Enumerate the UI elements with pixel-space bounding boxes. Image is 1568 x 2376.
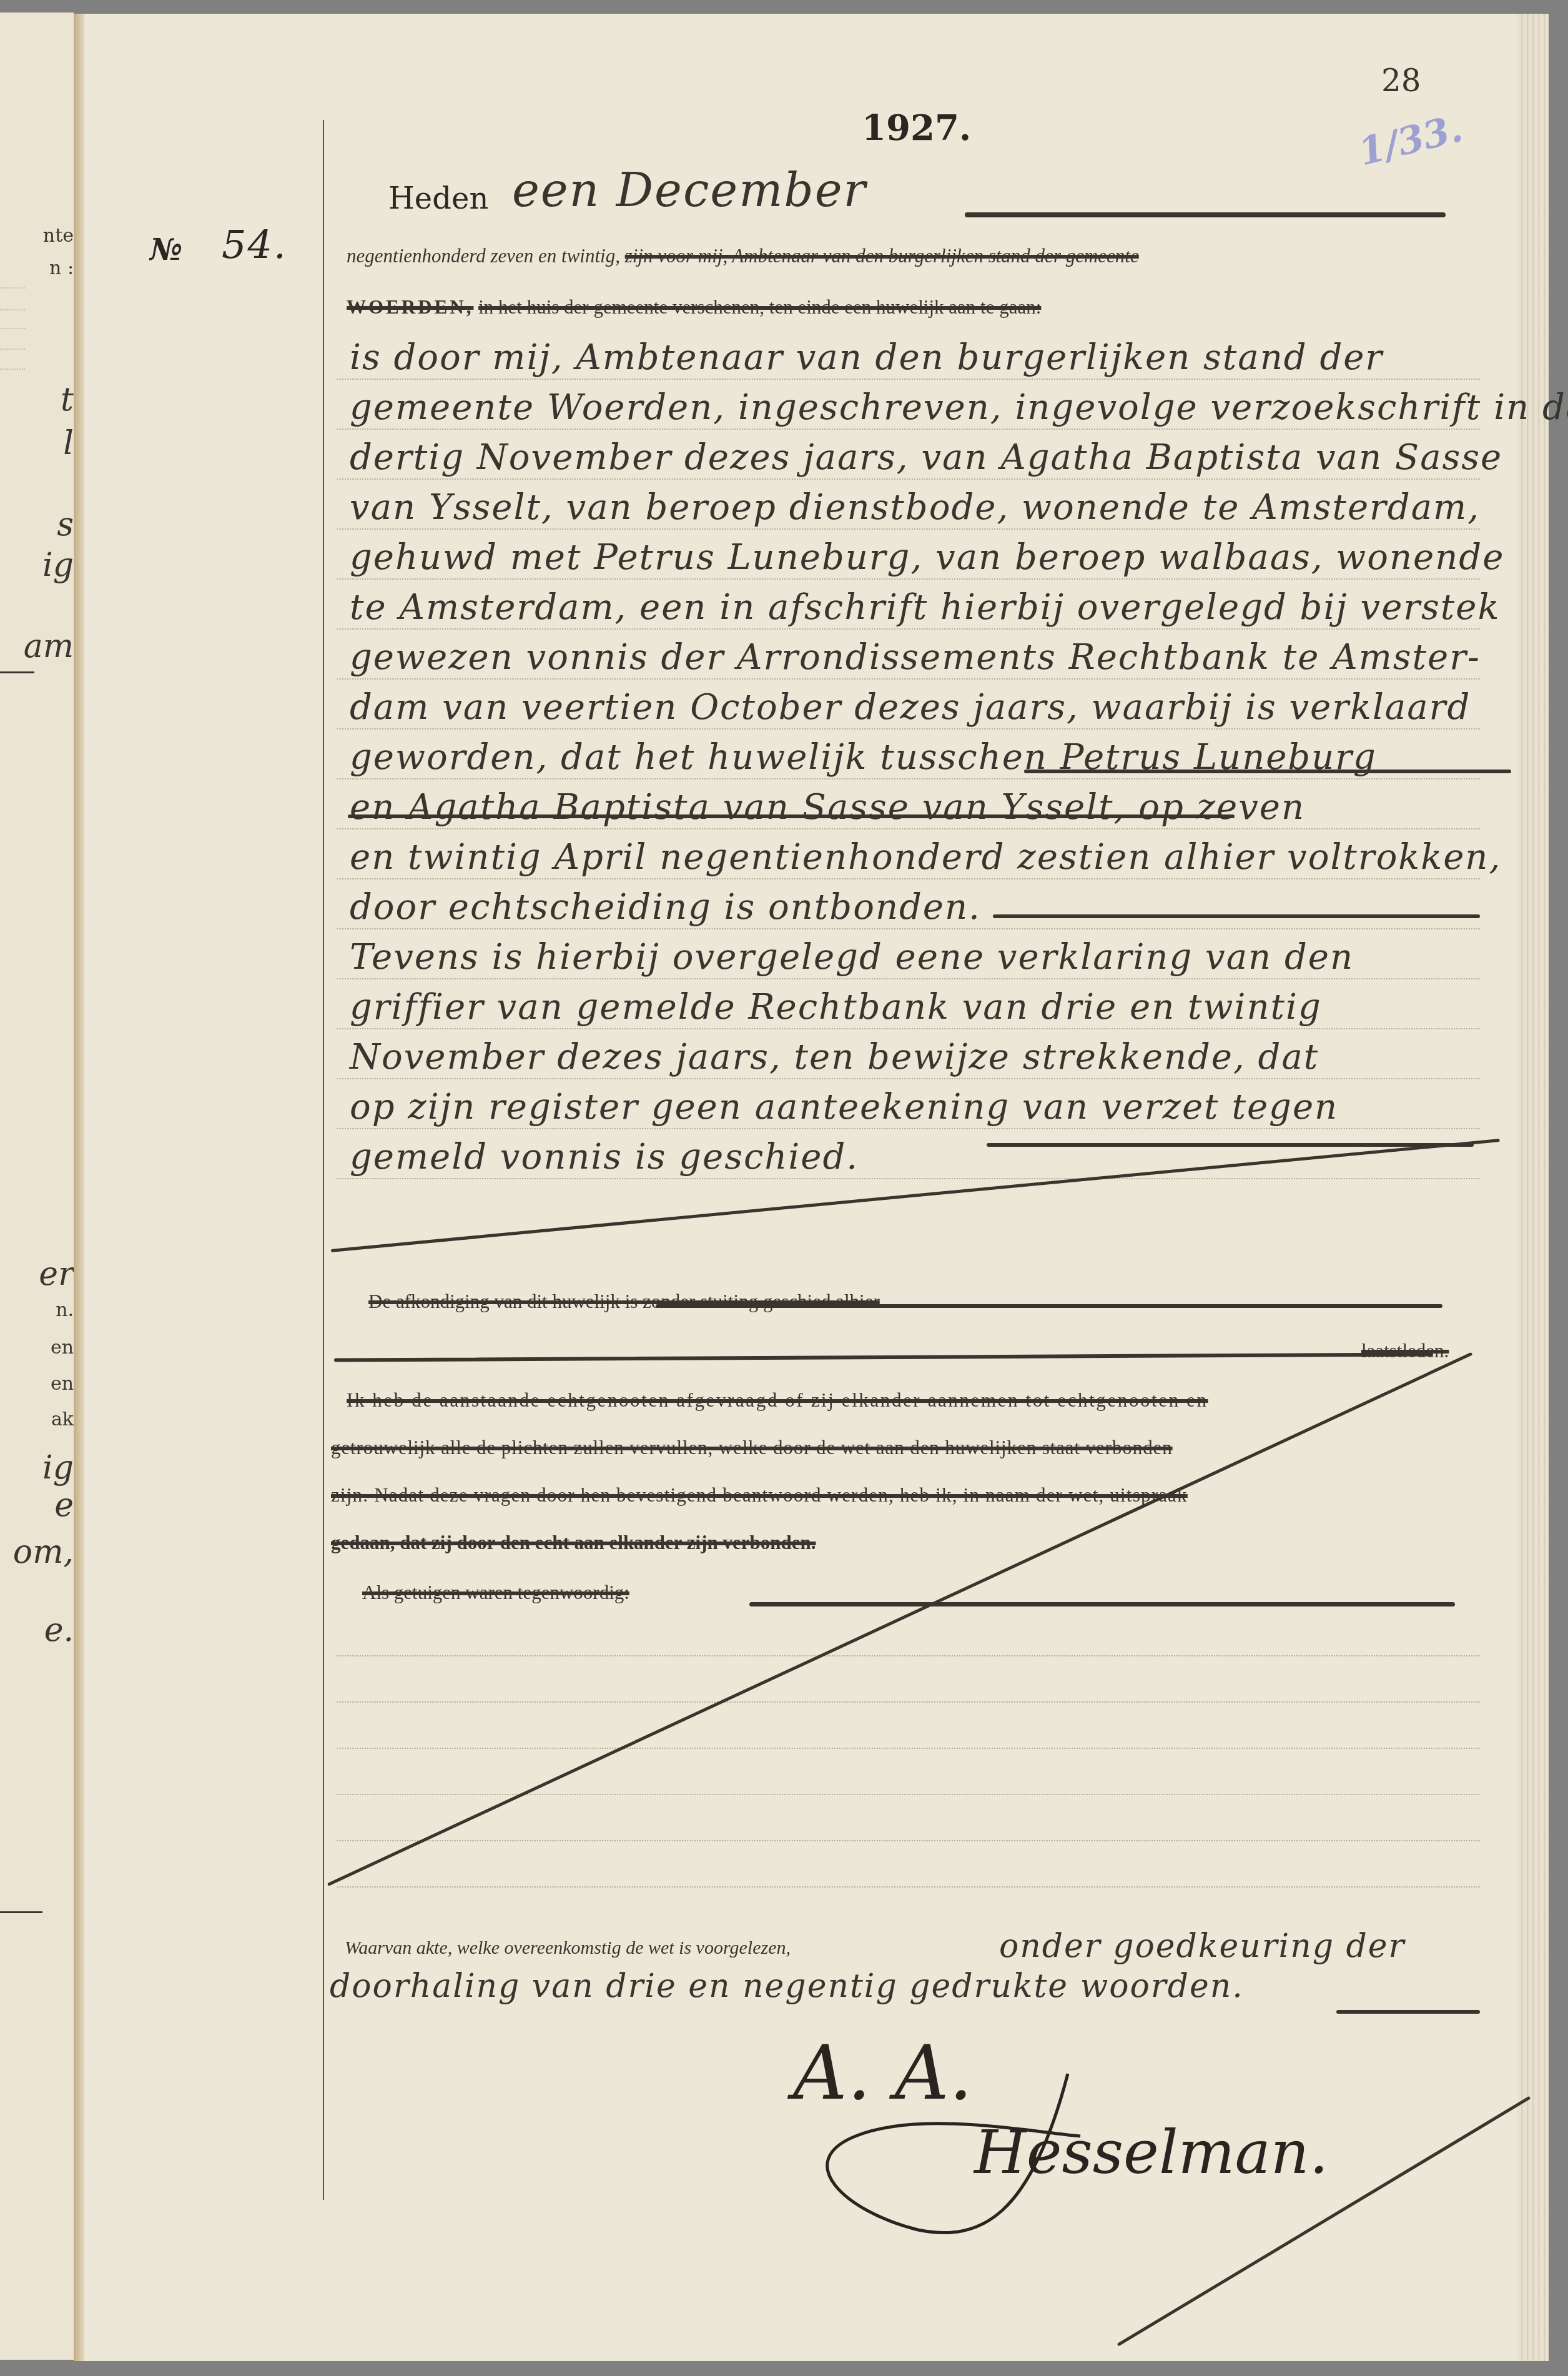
dotted-rule (0, 287, 25, 289)
struck-municipality: WOERDEN, (347, 296, 473, 318)
dotted-rule (337, 1748, 1480, 1749)
left-page-fragment: er (0, 1255, 74, 1293)
underline (0, 1911, 42, 1913)
left-page-fragment: en (0, 1373, 74, 1395)
struck-printed-line: gedaan, dat zij door den echt aan elkand… (331, 1532, 816, 1554)
closing-printed: Waarvan akte, welke overeenkomstig de we… (345, 1938, 791, 1959)
act-number-label: № (150, 232, 182, 267)
fill-line (1024, 770, 1511, 773)
printed-kept-text: negentienhonderd zeven en twintig, (347, 245, 620, 267)
handwritten-line: gemeente Woerden, ingeschreven, ingevolg… (350, 387, 1568, 428)
left-page-fragment: nte (0, 225, 74, 247)
fill-line (965, 212, 1446, 217)
dotted-rule (0, 349, 25, 350)
signature-flourish (781, 2061, 1280, 2249)
dotted-rule (337, 478, 1480, 480)
handwritten-line: te Amsterdam, een in afschrift hierbij o… (350, 587, 1500, 628)
handwritten-line: en Agatha Baptista van Sasse van Ysselt,… (350, 787, 1305, 828)
page-edges (1517, 14, 1549, 2361)
handwritten-line: dertig November dezes jaars, van Agatha … (350, 437, 1502, 478)
handwritten-line: gewezen vonnis der Arrondissements Recht… (350, 637, 1481, 678)
printed-line-2: WOERDEN, in het huis der gemeente versch… (347, 296, 1041, 319)
struck-printed-line: Als getuigen waren tegenwoordig: (362, 1582, 629, 1604)
left-page-fragment: am (0, 628, 74, 665)
closing-handwritten: doorhaling van drie en negentig gedrukte… (330, 1968, 1244, 2005)
dotted-rule (337, 978, 1480, 979)
dotted-rule (337, 1128, 1480, 1129)
dotted-rule (0, 309, 25, 310)
dotted-rule (337, 1028, 1480, 1029)
handwritten-line: is door mij, Ambtenaar van den burgerlij… (350, 337, 1383, 378)
fill-line (993, 914, 1480, 918)
closing-handwritten: onder goedkeuring der (999, 1928, 1405, 1965)
handwritten-line: Tevens is hierbij overgelegd eene verkla… (350, 937, 1354, 978)
handwritten-line: door echtscheiding is ontbonden. (350, 887, 981, 928)
handwritten-line: en twintig April negentienhonderd zestie… (350, 837, 1501, 878)
struck-text: zijn voor mij, Ambtenaar van den burgerl… (625, 245, 1139, 267)
struck-text: in het huis der gemeente verschenen, ten… (478, 296, 1041, 318)
dotted-rule (337, 828, 1480, 829)
left-page-fragment: ak (0, 1408, 74, 1430)
left-page-fragment: ig (0, 1449, 74, 1487)
dotted-rule (337, 528, 1480, 530)
left-page: nte n : t l s ig am er n. en en ak ig e … (0, 12, 74, 2360)
left-page-fragment: n. (0, 1299, 74, 1321)
left-page-fragment: n : (0, 257, 74, 279)
dotted-rule (0, 369, 25, 370)
handwritten-line: November dezes jaars, ten bewijze strekk… (350, 1037, 1319, 1077)
fill-line (1336, 2010, 1480, 2014)
struck-printed-line: getrouwelijk alle de plichten zullen ver… (331, 1437, 1173, 1459)
left-page-fragment: t (0, 381, 74, 418)
dotted-rule (337, 728, 1480, 730)
fill-line (987, 1143, 1474, 1147)
dotted-rule (337, 1794, 1480, 1795)
dotted-rule (337, 1886, 1480, 1888)
printed-line-1: negentienhonderd zeven en twintig, zijn … (347, 245, 1139, 267)
struck-printed-line: laatstleden. (1361, 1340, 1449, 1362)
left-page-fragment: e (0, 1487, 74, 1524)
margin-rule (323, 120, 324, 2200)
dotted-rule (337, 778, 1480, 780)
underline (0, 671, 34, 673)
fill-line (656, 1304, 1442, 1308)
left-page-fragment: en (0, 1337, 74, 1359)
handwritten-line: op zijn register geen aanteekening van v… (350, 1087, 1338, 1127)
dotted-rule (337, 878, 1480, 879)
handwritten-line: gemeld vonnis is geschied. (350, 1137, 859, 1177)
fill-line (749, 1602, 1455, 1606)
fill-line (348, 814, 1235, 818)
dotted-rule (337, 1701, 1480, 1703)
left-page-fragment: s (0, 506, 74, 543)
act-number: 54. (222, 222, 287, 267)
struck-printed-line: zijn. Nadat deze vragen door hen bevesti… (331, 1484, 1188, 1507)
struck-printed-line: Ik heb de aanstaande echtgenooten afgevr… (347, 1389, 1208, 1412)
register-year: 1927. (862, 107, 971, 149)
dotted-rule (337, 578, 1480, 580)
left-page-fragment: om, (0, 1533, 74, 1571)
dotted-rule (337, 928, 1480, 929)
dotted-rule (0, 328, 25, 329)
date-handwritten: een December (512, 164, 867, 217)
handwritten-line: van Ysselt, van beroep dienstbode, wonen… (350, 487, 1480, 528)
heden-label: Heden (388, 181, 488, 216)
dotted-rule (337, 1840, 1480, 1841)
page-number: 28 (1381, 62, 1421, 99)
dotted-rule (337, 1178, 1480, 1179)
dotted-rule (337, 678, 1480, 680)
left-page-fragment: e. (0, 1611, 74, 1649)
handwritten-line: dam van veertien October dezes jaars, wa… (350, 687, 1471, 728)
left-page-fragment: l (0, 425, 74, 462)
handwritten-line: gehuwd met Petrus Luneburg, van beroep w… (350, 537, 1504, 578)
dotted-rule (337, 1655, 1480, 1656)
left-page-fragment: ig (0, 547, 74, 584)
dotted-rule (337, 379, 1480, 380)
dotted-rule (337, 428, 1480, 430)
handwritten-line: griffier van gemelde Rechtbank van drie … (350, 987, 1322, 1027)
dotted-rule (337, 1078, 1480, 1079)
struck-printed-line: De afkondiging van dit huwelijk is zonde… (368, 1290, 880, 1313)
dotted-rule (337, 628, 1480, 630)
